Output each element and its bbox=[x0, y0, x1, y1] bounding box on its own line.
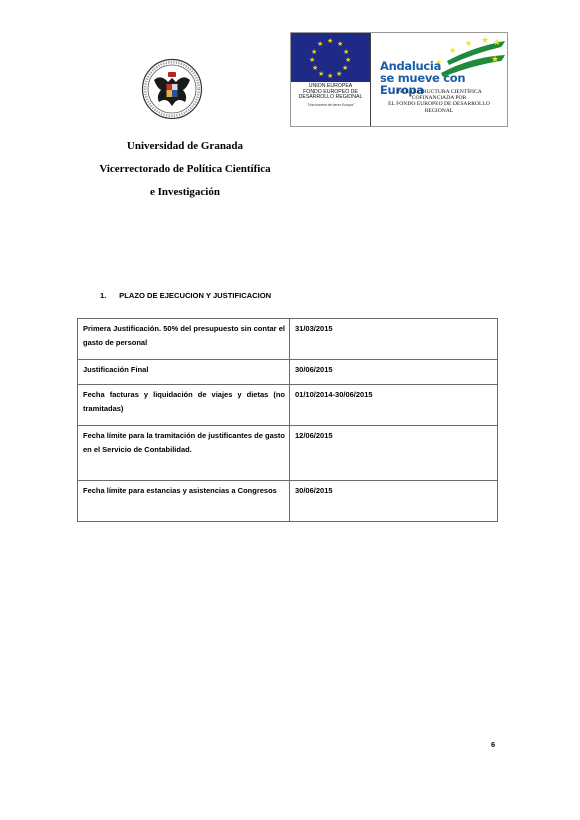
section-number: 1. bbox=[100, 291, 117, 300]
svg-text:★: ★ bbox=[309, 56, 315, 64]
table-row: Primera Justificación. 50% del presupues… bbox=[78, 319, 498, 360]
svg-text:★: ★ bbox=[327, 72, 333, 80]
andalucia-subtitle: INFRAESTRUCTURA CIENTÍFICA COFINANCIADA … bbox=[371, 89, 507, 114]
eu-flag-icon: ★ ★ ★ ★ ★ ★ ★ ★ ★ ★ ★ ★ bbox=[291, 33, 370, 82]
eu-fund-text: UNION EUROPEA FONDO EUROPEO DE DESARROLL… bbox=[291, 82, 370, 126]
section-title: PLAZO DE EJECUCION Y JUSTIFICACION bbox=[119, 291, 271, 300]
table-row: Justificación Final 30/06/2015 bbox=[78, 360, 498, 385]
svg-text:★: ★ bbox=[449, 46, 456, 55]
deadline-label: Fecha límite para estancias y asistencia… bbox=[78, 481, 290, 522]
eu-andalucia-logo: ★ ★ ★ ★ ★ ★ ★ ★ ★ ★ ★ ★ UNION EUROPEA FO… bbox=[290, 32, 508, 127]
svg-text:★: ★ bbox=[336, 70, 342, 78]
deadline-date: 31/03/2015 bbox=[290, 319, 498, 360]
table-row: Fecha límite para la tramitación de just… bbox=[78, 426, 498, 481]
svg-text:★: ★ bbox=[343, 48, 349, 56]
deadline-date: 30/06/2015 bbox=[290, 481, 498, 522]
vicerrectorado-line-2: e Investigación bbox=[60, 186, 310, 198]
svg-text:★: ★ bbox=[318, 70, 324, 78]
deadline-label: Primera Justificación. 50% del presupues… bbox=[78, 319, 290, 360]
andalucia-logo: ★ ★ ★ ★ ★ ★ Andalucia se mueve con Europ… bbox=[371, 33, 507, 126]
subtitle-line: EL FONDO EUROPEO DE DESARROLLO bbox=[371, 101, 507, 107]
svg-text:★: ★ bbox=[493, 37, 501, 47]
page-number: 6 bbox=[491, 740, 495, 749]
eu-line: DESARROLLO REGIONAL bbox=[291, 95, 370, 101]
deadline-date: 30/06/2015 bbox=[290, 360, 498, 385]
section-heading: 1. PLAZO DE EJECUCION Y JUSTIFICACION bbox=[100, 291, 271, 300]
svg-text:★: ★ bbox=[345, 56, 351, 64]
eu-tagline: "Una manera de hacer Europa" bbox=[291, 103, 370, 109]
institution-name: Universidad de Granada bbox=[60, 140, 310, 152]
eu-fund-logo: ★ ★ ★ ★ ★ ★ ★ ★ ★ ★ ★ ★ UNION EUROPEA FO… bbox=[291, 33, 371, 126]
svg-text:★: ★ bbox=[337, 40, 343, 48]
svg-text:★: ★ bbox=[312, 64, 318, 72]
table-row: Fecha límite para estancias y asistencia… bbox=[78, 481, 498, 522]
deadlines-table: Primera Justificación. 50% del presupues… bbox=[77, 318, 498, 522]
svg-text:★: ★ bbox=[481, 35, 489, 45]
svg-text:★: ★ bbox=[465, 39, 472, 48]
svg-text:★: ★ bbox=[311, 48, 317, 56]
svg-text:★: ★ bbox=[342, 64, 348, 72]
subtitle-line: REGIONAL bbox=[371, 108, 507, 114]
deadline-date: 12/06/2015 bbox=[290, 426, 498, 481]
deadline-date: 01/10/2014-30/06/2015 bbox=[290, 385, 498, 426]
deadline-label: Fecha facturas y liquidación de viajes y… bbox=[78, 385, 290, 426]
university-crest-icon bbox=[141, 58, 203, 120]
deadline-label: Fecha límite para la tramitación de just… bbox=[78, 426, 290, 481]
svg-text:★: ★ bbox=[327, 37, 333, 45]
vicerrectorado-line: Vicerrectorado de Política Científica bbox=[60, 163, 310, 175]
svg-text:★: ★ bbox=[317, 40, 323, 48]
deadline-label: Justificación Final bbox=[78, 360, 290, 385]
table-row: Fecha facturas y liquidación de viajes y… bbox=[78, 385, 498, 426]
